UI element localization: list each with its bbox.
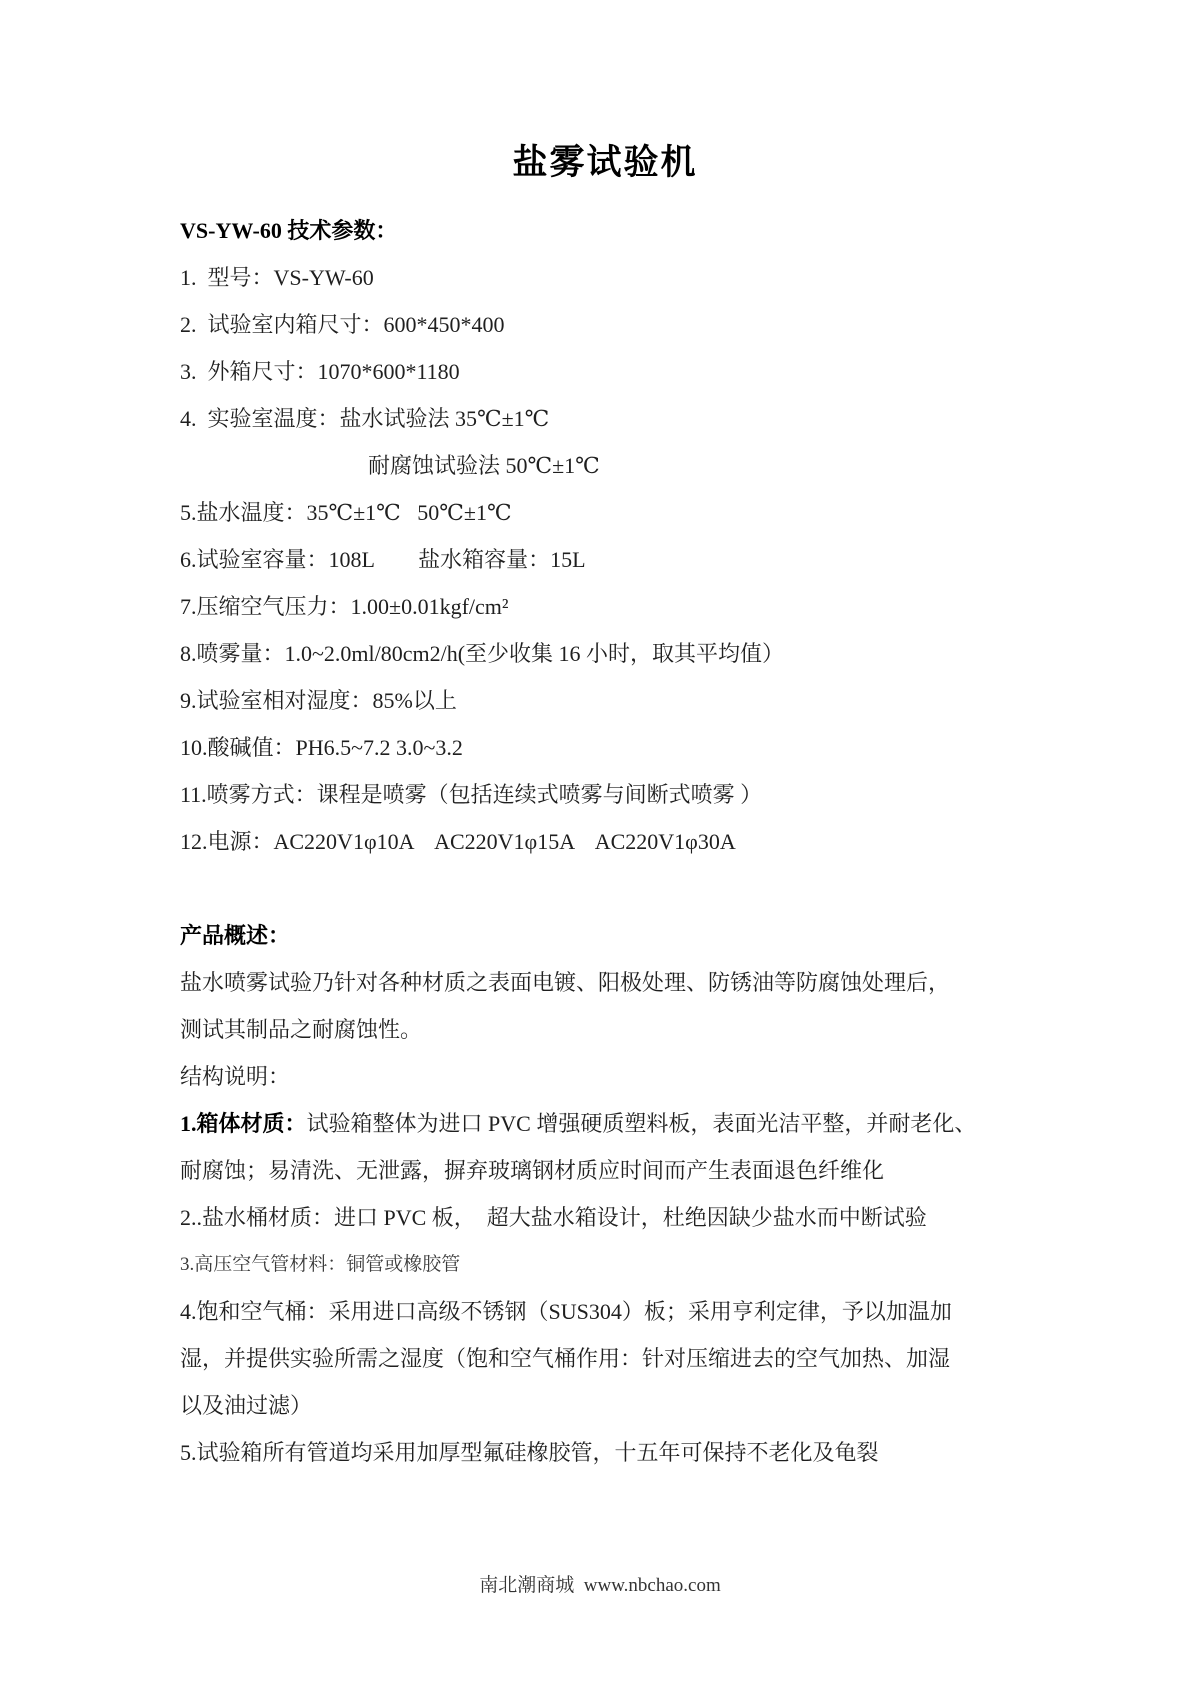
overview-line-2: 测试其制品之耐腐蚀性。 — [180, 1006, 1030, 1053]
page-footer: 南北潮商城 www.nbchao.com — [0, 1572, 1200, 1600]
structure-item-1-text: 试验箱整体为进口 PVC 增强硬质塑料板，表面光洁平整，并耐老化、 — [307, 1111, 977, 1136]
spec-item-4-continued: 耐腐蚀试验法 50℃±1℃ — [180, 442, 1030, 489]
spec-item-2: 2. 试验室内箱尺寸：600*450*400 — [180, 301, 1030, 348]
structure-item-2: 2..盐水桶材质：进口 PVC 板， 超大盐水箱设计，杜绝因缺少盐水而中断试验 — [180, 1194, 1030, 1241]
structure-item-1-continued: 耐腐蚀；易清洗、无泄露，摒弃玻璃钢材质应时间而产生表面退色纤维化 — [180, 1147, 1030, 1194]
spec-item-12: 12.电源：AC220V1φ10A AC220V1φ15A AC220V1φ30… — [180, 818, 1030, 865]
page-title: 盐雾试验机 — [180, 136, 1030, 190]
structure-item-4-continued2: 以及油过滤） — [180, 1382, 1030, 1429]
spec-item-10: 10.酸碱值：PH6.5~7.2 3.0~3.2 — [180, 724, 1030, 771]
spacer-line — [180, 865, 1030, 912]
spec-item-5: 5.盐水温度：35℃±1℃ 50℃±1℃ — [180, 489, 1030, 536]
structure-item-1: 1.箱体材质：试验箱整体为进口 PVC 增强硬质塑料板，表面光洁平整，并耐老化、 — [180, 1100, 1030, 1147]
structure-heading: 结构说明： — [180, 1053, 1030, 1100]
structure-item-4-continued: 湿，并提供实验所需之湿度（饱和空气桶作用：针对压缩进去的空气加热、加湿 — [180, 1335, 1030, 1382]
document-body: VS-YW-60 技术参数： 1. 型号：VS-YW-60 2. 试验室内箱尺寸… — [180, 207, 1030, 1476]
structure-item-5: 5.试验箱所有管道均采用加厚型氟硅橡胶管，十五年可保持不老化及龟裂 — [180, 1429, 1030, 1476]
structure-item-4: 4.饱和空气桶：采用进口高级不锈钢（SUS304）板；采用亨利定律，予以加温加 — [180, 1288, 1030, 1335]
footer-site-name: 南北潮商城 — [479, 1575, 574, 1596]
spec-item-6: 6.试验室容量：108L 盐水箱容量：15L — [180, 536, 1030, 583]
footer-separator — [574, 1575, 584, 1596]
spec-item-11: 11.喷雾方式：课程是喷雾（包括连续式喷雾与间断式喷雾 ） — [180, 771, 1030, 818]
spec-item-8: 8.喷雾量：1.0~2.0ml/80cm2/h(至少收集 16 小时，取其平均值… — [180, 630, 1030, 677]
spec-item-4: 4. 实验室温度：盐水试验法 35℃±1℃ — [180, 395, 1030, 442]
spec-item-3: 3. 外箱尺寸：1070*600*1180 — [180, 348, 1030, 395]
spec-item-7: 7.压缩空气压力：1.00±0.01kgf/cm² — [180, 583, 1030, 630]
overview-heading: 产品概述： — [180, 912, 1030, 959]
spec-item-1: 1. 型号：VS-YW-60 — [180, 254, 1030, 301]
tech-specs-heading: VS-YW-60 技术参数： — [180, 207, 1030, 254]
document-page: 盐雾试验机 VS-YW-60 技术参数： 1. 型号：VS-YW-60 2. 试… — [0, 0, 1200, 1697]
footer-site-url: www.nbchao.com — [584, 1575, 721, 1596]
structure-item-3: 3.高压空气管材料：铜管或橡胶管 — [180, 1241, 1030, 1288]
spec-item-9: 9.试验室相对湿度：85%以上 — [180, 677, 1030, 724]
overview-line-1: 盐水喷雾试验乃针对各种材质之表面电镀、阳极处理、防锈油等防腐蚀处理后， — [180, 959, 1030, 1006]
structure-item-1-label: 1.箱体材质： — [180, 1111, 307, 1136]
